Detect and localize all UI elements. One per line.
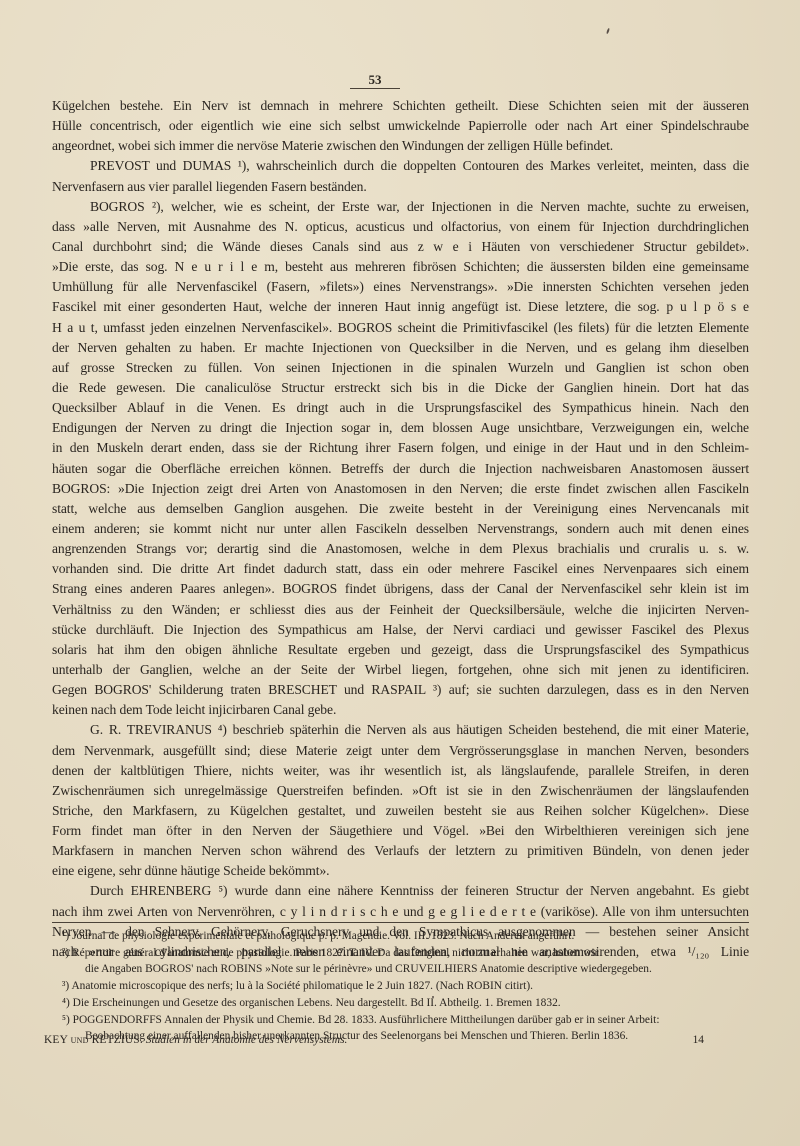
text-line: der Nerven gehalten zu haben. Er machte … [52,338,749,358]
text-line: denen der kaltblütigen Thiere, nichts we… [52,761,749,781]
footnote-2: ²) Répertoire général d'anatomie et de p… [62,945,752,962]
page-number: 53 [350,72,400,88]
text-line: Durch EHRENBERG ⁵) wurde dann eine näher… [52,881,749,901]
text-line: G. R. TREVIRANUS ⁴) beschrieb späterhin … [52,720,749,740]
footnote-marker: ⁵) [62,1014,70,1026]
text-line: nach ihm zwei Arten von Nervenröhren, c … [52,902,749,922]
text-line: angeordnet, wobei sich immer die nervöse… [52,136,749,156]
text-line: angrenzenden Strangs vor; derartig sind … [52,539,749,559]
text-line: Kügelchen bestehe. Ein Nerv ist demnach … [52,96,749,116]
text-line: statt, welche aus demselben Ganglion aus… [52,499,749,519]
text-line: vorhanden sind. Die dritte Art findet da… [52,559,749,579]
footnote-marker: ¹) [62,930,69,942]
footnote-2: die Angaben BOGROS' nach ROBINS »Note su… [62,961,752,978]
footnotes: ¹) Journal de physiologie expérimentale … [62,928,752,1045]
text-line: keinen nach dem Tode leicht injicirbaren… [52,700,749,720]
footnote-marker: ³) [62,980,69,992]
text-line: Gegen BOGROS' Schilderung traten BRESCHE… [52,680,749,700]
footnote-5: ⁵) POGGENDORFFS Annalen der Physik und C… [62,1012,752,1029]
footnote-text: die Angaben BOGROS' nach ROBINS »Note su… [85,963,652,975]
signature-left: KEY und RETZIUS. Studien in der Anatomie… [44,1034,347,1046]
footnote-text: Die Erscheinungen und Gesetze des organi… [73,997,561,1009]
body-text: Kügelchen bestehe. Ein Nerv ist demnach … [52,96,749,962]
text-line: auf grosse Strecken zu füllen. Von seine… [52,358,749,378]
footnote-marker: ⁴) [62,997,70,1009]
footnote-text: Répertoire général d'anatomie et de phys… [72,947,598,959]
page-number-rule [350,88,400,89]
footnote-text: Journal de physiologie expérimentale et … [72,930,574,942]
text-line: Quecksilber Ablauf in die Venen. Es drin… [52,398,749,418]
text-line: Fascikel mit einer gesonderten Haut, wel… [52,297,749,317]
footnote-4: ⁴) Die Erscheinungen und Gesetze des org… [62,995,752,1012]
text-line: »Die erste, das sog. N e u r i l e m, be… [52,257,749,277]
text-line: die Rede gewesen. Die canaliculöse Struc… [52,378,749,398]
text-line: eine eigene, sehr dünne häutige Scheide … [52,861,749,881]
sheet-number: 14 [693,1034,704,1046]
footnote-text: POGGENDORFFS Annalen der Physik und Chem… [73,1014,660,1026]
text-line: in den Muskeln derart enden, dass sie de… [52,438,749,458]
text-line: Strang eines anderen Paares anlegen». BO… [52,579,749,599]
text-line: Form findet man öfter in den Nerven der … [52,821,749,841]
signature-title: Studien in der Anatomie des Nervensystem… [146,1034,348,1046]
footnote-3: ³) Anatomie microscopique des nerfs; lu … [62,978,752,995]
text-line: stücke durchläuft. Die Injection des Sym… [52,620,749,640]
text-line: unterhalb der Ganglien, welche an der Se… [52,660,749,680]
footnote-1: ¹) Journal de physiologie expérimentale … [62,928,752,945]
text-line: Endigungen der Nerven zu dringt die Inje… [52,418,749,438]
text-line: häuten sogar die Oberfläche erreichen kö… [52,459,749,479]
text-line: BOGROS: »Die Injection zeigt drei Arten … [52,479,749,499]
text-line: PREVOST und DUMAS ¹), wahrscheinlich dur… [52,156,749,176]
text-line: Verhältniss zu den Wänden; er schliesst … [52,600,749,620]
signature-authors: KEY und RETZIUS. [44,1034,143,1046]
text-line: BOGROS ²), welcher, wie es scheint, der … [52,197,749,217]
text-line: einem anderen; sie kommt nicht nur unter… [52,519,749,539]
footnote-marker: ²) [62,947,69,959]
text-line: Striche, den Markfasern, zu Kügelchen ge… [52,801,749,821]
paper-speck [606,28,610,34]
text-line: H a u t, umfasst jeden einzelnen Nervenf… [52,318,749,338]
text-line: Nervenfasern aus vier parallel liegenden… [52,177,749,197]
text-line: Hülle concentrisch, oder eigentlich wie … [52,116,749,136]
text-line: Umhüllung für alle Nervenfascikel (Faser… [52,277,749,297]
paper-speck [432,996,434,998]
text-line: Markfasern in manchen Nerven schon währe… [52,841,749,861]
text-line: solaris hat ihm den obigen ähnliche Resu… [52,640,749,660]
text-line: Canal durchbohrt sind; die Wände dieses … [52,237,749,257]
text-line: dem Nervenmark, ausgefüllt sind; diese M… [52,741,749,761]
footnote-text: Anatomie microscopique des nerfs; lu à l… [71,980,533,992]
footnote-divider [52,922,749,923]
text-line: dass »alle Nerven, mit Ausnahme des N. o… [52,217,749,237]
text-line: Zwischenräumen sich unregelmässige Quers… [52,781,749,801]
